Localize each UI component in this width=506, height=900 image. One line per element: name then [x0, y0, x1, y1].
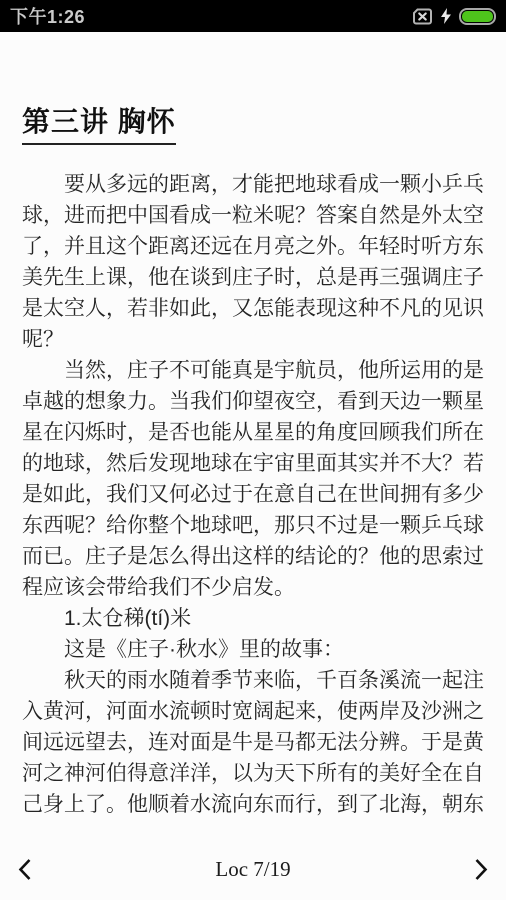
section-heading: 1.太仓稊(tí)米 [22, 603, 484, 634]
paragraph: 秋天的雨水随着季节来临，千百条溪流一起注入黄河，河面水流顿时宽阔起来，使两岸及沙… [22, 665, 484, 820]
status-icons [412, 8, 496, 25]
status-bar: 下午1:26 [0, 0, 506, 32]
reading-area[interactable]: 要从多远的距离，才能把地球看成一颗小乒乓球，进而把中国看成一粒米呢？答案自然是外… [22, 169, 484, 820]
paragraph: 要从多远的距离，才能把地球看成一颗小乒乓球，进而把中国看成一粒米呢？答案自然是外… [22, 169, 484, 355]
ebook-reader-screen: 下午1:26 第三讲 胸怀 要从多 [0, 0, 506, 900]
paragraph: 这是《庄子·秋水》里的故事： [22, 634, 484, 665]
chapter-title-text: 第三讲 胸怀 [22, 100, 176, 145]
location-indicator: Loc 7/19 [215, 857, 290, 882]
battery-icon [459, 8, 496, 25]
charging-bolt-icon [441, 8, 451, 24]
next-page-button[interactable] [468, 852, 494, 887]
battery-fill [462, 11, 493, 22]
chapter-title: 第三讲 胸怀 [22, 100, 484, 145]
menu-button[interactable] [12, 48, 16, 52]
chevron-right-icon [474, 869, 488, 884]
no-sim-icon [412, 8, 433, 25]
page-nav-bar: Loc 7/19 [0, 838, 506, 900]
status-time: 下午1:26 [10, 3, 85, 29]
prev-page-button[interactable] [12, 852, 38, 887]
paragraph: 当然，庄子不可能真是宇航员，他所运用的是卓越的想象力。当我们仰望夜空，看到天边一… [22, 355, 484, 603]
chevron-left-icon [18, 869, 32, 884]
